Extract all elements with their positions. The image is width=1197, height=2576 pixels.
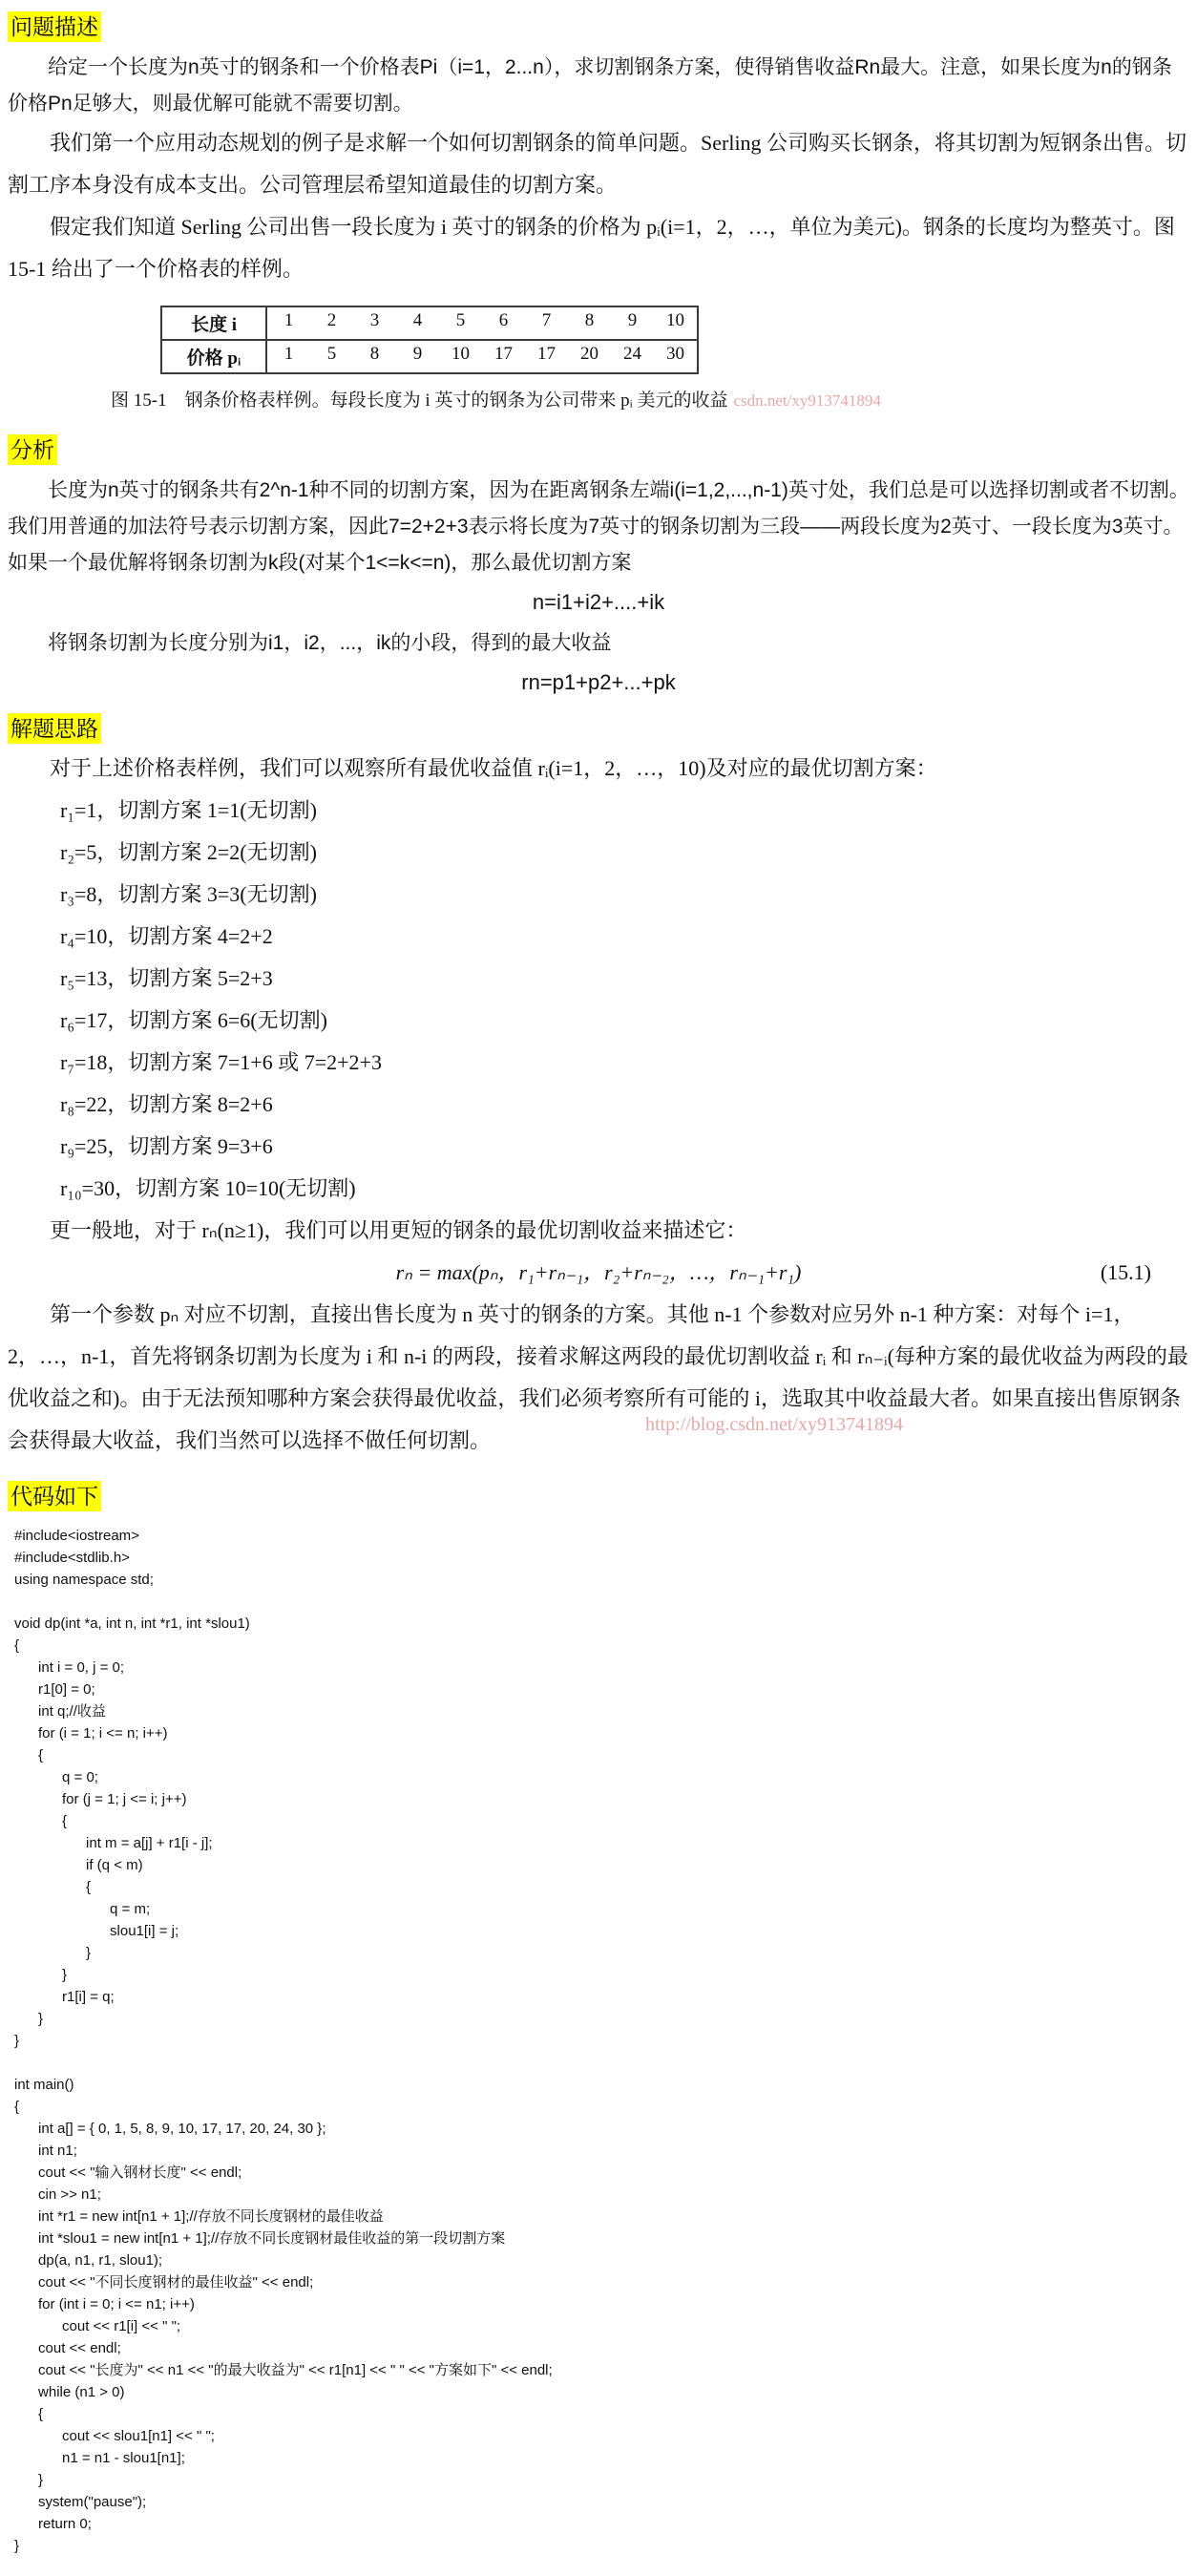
code-line: int n1; xyxy=(14,2140,1189,2162)
code-line: cout << r1[i] << " "; xyxy=(14,2315,1189,2337)
code-heading: 代码如下 xyxy=(8,1481,101,1511)
section-code: 代码如下 #include<iostream>#include<stdlib.h… xyxy=(8,1475,1189,2557)
section-solution: 解题思路 对于上述价格表样例，我们可以观察所有最优收益值 rᵢ(i=1，2，…，… xyxy=(8,707,1189,1462)
code-line: { xyxy=(14,1635,1189,1657)
equation-15-1-body: rₙ = max(pₙ，r₁+rₙ₋₁，r₂+rₙ₋₂，…，rₙ₋₁+r₁) xyxy=(396,1260,802,1284)
code-line: dp(a, n1, r1, slou1); xyxy=(14,2249,1189,2271)
price-table-price-row: 价格 pᵢ 1589101717202430 xyxy=(162,339,697,372)
formula-rn-sum: rn=p1+p2+...+pk xyxy=(8,664,1189,702)
caption-watermark: csdn.net/xy913741894 xyxy=(733,391,880,410)
solution-explain-wrap: 第一个参数 pₙ 对应不切割，直接出售长度为 n 英寸的钢条的方案。其他 n-1… xyxy=(8,1294,1189,1462)
code-line: } xyxy=(14,2008,1189,2030)
length-cell: 2 xyxy=(310,307,353,339)
article-page: 问题描述 给定一个长度为n英寸的钢条和一个价格表Pi（i=1，2...n），求切… xyxy=(0,0,1197,2576)
code-line: } xyxy=(14,2469,1189,2491)
code-line: int main() xyxy=(14,2074,1189,2096)
figure-caption: 图 15-1 钢条价格表样例。每段长度为 i 英寸的钢条为公司带来 pᵢ 美元的… xyxy=(111,391,727,411)
price-cell: 9 xyxy=(396,341,439,372)
problem-heading: 问题描述 xyxy=(8,11,101,42)
code-line: { xyxy=(14,2096,1189,2118)
price-cell: 30 xyxy=(654,341,697,372)
solution-general: 更一般地，对于 rₙ(n≥1)，我们可以用更短的钢条的最优切割收益来描述它： xyxy=(8,1210,1189,1252)
length-cell: 9 xyxy=(611,307,654,339)
blog-watermark: http://blog.csdn.net/xy913741894 xyxy=(645,1414,903,1436)
optimal-revenue-item: r₇=18，切割方案 7=1+6 或 7=2+2+3 xyxy=(60,1042,1189,1084)
price-row-label: 价格 pᵢ xyxy=(162,341,267,372)
optimal-revenue-item: r₉=25，切割方案 9=3+6 xyxy=(60,1126,1189,1168)
analysis-paragraph-1: 长度为n英寸的钢条共有2^n-1种不同的切割方案，因为在距离钢条左端i(i=1,… xyxy=(8,473,1189,581)
section-problem: 问题描述 给定一个长度为n英寸的钢条和一个价格表Pi（i=1，2...n），求切… xyxy=(8,6,1189,412)
optimal-revenue-item: r₁=1，切割方案 1=1(无切割) xyxy=(60,790,1189,832)
code-line: for (j = 1; j <= i; j++) xyxy=(14,1788,1189,1810)
code-line: int m = a[j] + r1[i - j]; xyxy=(14,1832,1189,1854)
price-cell: 17 xyxy=(525,341,568,372)
code-line: for (int i = 0; i <= n1; i++) xyxy=(14,2293,1189,2315)
code-line: cin >> n1; xyxy=(14,2184,1189,2206)
code-line: } xyxy=(14,2535,1189,2557)
solution-heading: 解题思路 xyxy=(8,713,101,744)
code-line: r1[0] = 0; xyxy=(14,1679,1189,1700)
price-cell: 1 xyxy=(267,341,310,372)
code-line: r1[i] = q; xyxy=(14,1986,1189,2008)
code-line: { xyxy=(14,1810,1189,1832)
code-line: cout << "输入钢材长度" << endl; xyxy=(14,2162,1189,2184)
code-line: void dp(int *a, int n, int *r1, int *slo… xyxy=(14,1613,1189,1635)
price-cell: 10 xyxy=(439,341,482,372)
code-line: #include<iostream> xyxy=(14,1525,1189,1547)
code-line: } xyxy=(14,2030,1189,2052)
optimal-revenue-item: r₅=13，切割方案 5=2+3 xyxy=(60,958,1189,1000)
optimal-revenue-list: r₁=1，切割方案 1=1(无切割)r₂=5，切割方案 2=2(无切割)r₃=8… xyxy=(60,790,1189,1210)
code-line: int *slou1 = new int[n1 + 1];//存放不同长度钢材最… xyxy=(14,2228,1189,2249)
solution-intro: 对于上述价格表样例，我们可以观察所有最优收益值 rᵢ(i=1，2，…，10)及对… xyxy=(8,748,1189,790)
code-line xyxy=(14,2052,1189,2074)
price-cell: 24 xyxy=(611,341,654,372)
code-line: int q;//收益 xyxy=(14,1700,1189,1722)
length-cell: 3 xyxy=(353,307,396,339)
analysis-paragraph-2: 将钢条切割为长度分别为i1，i2，...，ik的小段，得到的最大收益 xyxy=(8,625,1189,662)
length-cell: 4 xyxy=(396,307,439,339)
code-line: if (q < m) xyxy=(14,1854,1189,1876)
code-line: #include<stdlib.h> xyxy=(14,1547,1189,1569)
length-cell: 10 xyxy=(654,307,697,339)
code-line: q = m; xyxy=(14,1898,1189,1920)
equation-15-1-tag: (15.1) xyxy=(1101,1252,1151,1294)
price-row-values: 1589101717202430 xyxy=(267,341,697,372)
optimal-revenue-item: r₄=10，切割方案 4=2+2 xyxy=(60,916,1189,958)
price-cell: 17 xyxy=(482,341,525,372)
code-line: cout << "长度为" << n1 << "的最大收益为" << r1[n1… xyxy=(14,2359,1189,2381)
length-cell: 8 xyxy=(568,307,611,339)
price-cell: 5 xyxy=(310,341,353,372)
figure-caption-row: 图 15-1 钢条价格表样例。每段长度为 i 英寸的钢条为公司带来 pᵢ 美元的… xyxy=(111,386,1189,412)
code-line: system("pause"); xyxy=(14,2491,1189,2513)
analysis-heading: 分析 xyxy=(8,434,57,465)
code-line xyxy=(14,1591,1189,1613)
optimal-revenue-item: r₁₀=30，切割方案 10=10(无切割) xyxy=(60,1168,1189,1210)
problem-paragraph-3: 假定我们知道 Serling 公司出售一段长度为 i 英寸的钢条的价格为 pᵢ(… xyxy=(8,206,1189,290)
price-cell: 20 xyxy=(568,341,611,372)
optimal-revenue-item: r₆=17，切割方案 6=6(无切割) xyxy=(60,1000,1189,1042)
code-line: return 0; xyxy=(14,2513,1189,2535)
length-cell: 6 xyxy=(482,307,525,339)
code-line: int i = 0, j = 0; xyxy=(14,1657,1189,1679)
code-line: } xyxy=(14,1964,1189,1986)
length-cell: 7 xyxy=(525,307,568,339)
equation-15-1: rₙ = max(pₙ，r₁+rₙ₋₁，r₂+rₙ₋₂，…，rₙ₋₁+r₁) (… xyxy=(8,1252,1189,1294)
code-line: while (n1 > 0) xyxy=(14,2381,1189,2403)
code-line: { xyxy=(14,1744,1189,1766)
length-row-label: 长度 i xyxy=(162,307,267,339)
price-table-length-row: 长度 i 12345678910 xyxy=(162,307,697,339)
price-table: 长度 i 12345678910 价格 pᵢ 1589101717202430 xyxy=(160,306,699,374)
code-line: int a[] = { 0, 1, 5, 8, 9, 10, 17, 17, 2… xyxy=(14,2118,1189,2140)
code-line: { xyxy=(14,1876,1189,1898)
length-cell: 1 xyxy=(267,307,310,339)
length-row-values: 12345678910 xyxy=(267,307,697,339)
formula-n-sum: n=i1+i2+....+ik xyxy=(8,583,1189,622)
code-line: n1 = n1 - slou1[n1]; xyxy=(14,2447,1189,2469)
code-line: using namespace std; xyxy=(14,1569,1189,1591)
problem-paragraph-1: 给定一个长度为n英寸的钢条和一个价格表Pi（i=1，2...n），求切割钢条方案… xyxy=(8,50,1189,122)
code-line: q = 0; xyxy=(14,1766,1189,1788)
code-line: int *r1 = new int[n1 + 1];//存放不同长度钢材的最佳收… xyxy=(14,2206,1189,2228)
code-line: slou1[i] = j; xyxy=(14,1920,1189,1942)
problem-paragraph-2: 我们第一个应用动态规划的例子是求解一个如何切割钢条的简单问题。Serling 公… xyxy=(8,122,1189,206)
code-line: cout << endl; xyxy=(14,2337,1189,2359)
length-cell: 5 xyxy=(439,307,482,339)
code-line: cout << slou1[n1] << " "; xyxy=(14,2425,1189,2447)
optimal-revenue-item: r₃=8，切割方案 3=3(无切割) xyxy=(60,874,1189,916)
solution-explain: 第一个参数 pₙ 对应不切割，直接出售长度为 n 英寸的钢条的方案。其他 n-1… xyxy=(8,1294,1189,1462)
code-line: cout << "不同长度钢材的最佳收益" << endl; xyxy=(14,2271,1189,2293)
code-line: for (i = 1; i <= n; i++) xyxy=(14,1722,1189,1744)
code-block: #include<iostream>#include<stdlib.h>usin… xyxy=(14,1525,1189,2557)
section-analysis: 分析 长度为n英寸的钢条共有2^n-1种不同的切割方案，因为在距离钢条左端i(i… xyxy=(8,429,1189,702)
code-line: } xyxy=(14,1942,1189,1964)
price-cell: 8 xyxy=(353,341,396,372)
optimal-revenue-item: r₈=22，切割方案 8=2+6 xyxy=(60,1084,1189,1126)
code-line: { xyxy=(14,2403,1189,2425)
optimal-revenue-item: r₂=5，切割方案 2=2(无切割) xyxy=(60,832,1189,874)
